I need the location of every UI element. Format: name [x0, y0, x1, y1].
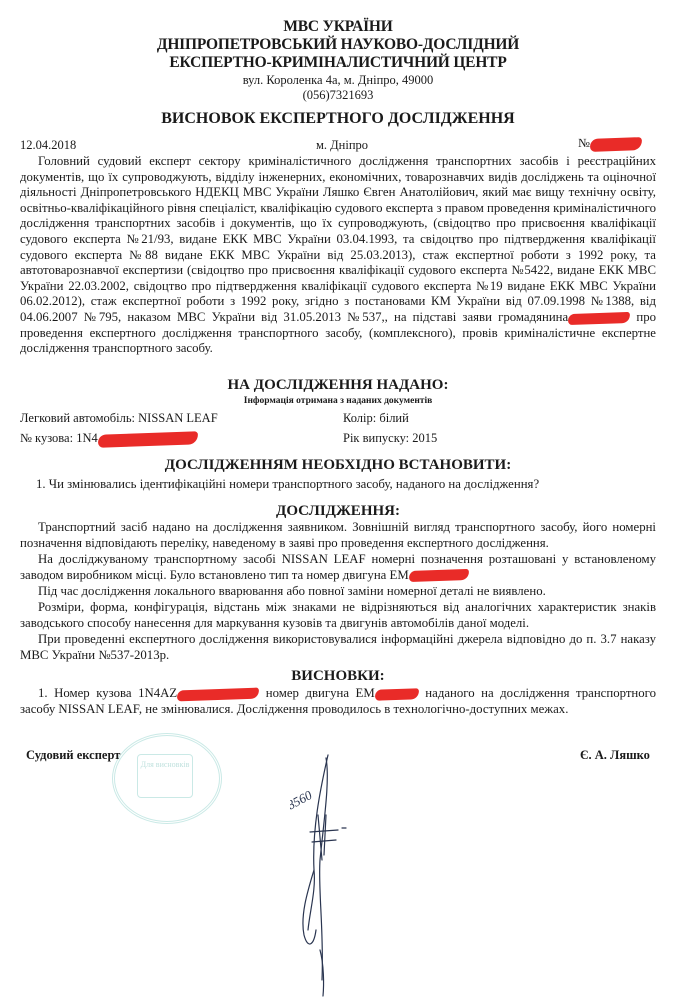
redaction-mark: [375, 688, 419, 701]
vehicle-body-number: № кузова: 1N4: [20, 431, 198, 446]
header-ministry: МВС УКРАЇНИ: [0, 18, 676, 36]
redaction-mark: [568, 311, 630, 324]
question-item: 1. Чи змінювались ідентифікаційні номери…: [36, 477, 539, 492]
document-date: 12.04.2018: [20, 138, 76, 153]
questions-heading: ДОСЛІДЖЕННЯМ НЕОБХІДНО ВСТАНОВИТИ:: [0, 457, 676, 474]
research-heading: ДОСЛІДЖЕННЯ:: [0, 503, 676, 520]
handwritten-signature: 8560: [290, 750, 350, 1000]
document-title: ВИСНОВОК ЕКСПЕРТНОГО ДОСЛІДЖЕННЯ: [0, 110, 676, 128]
conclusions-paragraph: 1. Номер кузова 1N4AZ номер двигуна EM н…: [20, 686, 656, 717]
research-paragraph-5: При проведенні експертного дослідження в…: [20, 632, 656, 663]
header-phone: (056)7321693: [0, 88, 676, 103]
research-paragraph-4: Розміри, форма, конфігурація, відстань м…: [20, 600, 656, 631]
signature-role: Судовий експерт: [26, 748, 120, 763]
vehicle-color: Колір: білий: [343, 411, 409, 426]
vehicle-model: Легковий автомобіль: NISSAN LEAF: [20, 411, 218, 426]
research-paragraph-3: Під час дослідження локального вварюванн…: [20, 584, 656, 600]
redaction-mark: [590, 137, 642, 152]
header-address: вул. Короленка 4а, м. Дніпро, 49000: [0, 73, 676, 88]
official-stamp: Для висновків: [112, 733, 222, 824]
stamp-text: Для висновків: [137, 754, 193, 798]
header-center-line2: ЕКСПЕРТНО-КРИМІНАЛИСТИЧНИЙ ЦЕНТР: [0, 54, 676, 72]
redaction-mark: [98, 431, 198, 447]
provided-heading: НА ДОСЛІДЖЕННЯ НАДАНО:: [0, 377, 676, 394]
redaction-mark: [177, 687, 259, 701]
intro-paragraph: Головний судовий експерт сектору криміна…: [20, 154, 656, 357]
document-city: м. Дніпро: [316, 138, 368, 153]
document-number: №: [578, 136, 642, 151]
vehicle-year: Рік випуску: 2015: [343, 431, 437, 446]
header-center-line1: ДНІПРОПЕТРОВСЬКИЙ НАУКОВО-ДОСЛІДНИЙ: [0, 36, 676, 54]
signature-name: Є. А. Ляшко: [580, 748, 650, 763]
redaction-mark: [409, 569, 469, 582]
research-paragraph-1: Транспортний засіб надано на дослідження…: [20, 520, 656, 551]
provided-subheading: Інформація отримана з наданих документів: [0, 396, 676, 406]
number-label: №: [578, 136, 590, 150]
svg-text:8560: 8560: [290, 787, 315, 813]
conclusions-heading: ВИСНОВКИ:: [0, 668, 676, 685]
document-page: МВС УКРАЇНИ ДНІПРОПЕТРОВСЬКИЙ НАУКОВО-ДО…: [0, 0, 676, 1000]
research-paragraph-2: На досліджуваному транспортному засобі N…: [20, 552, 656, 583]
